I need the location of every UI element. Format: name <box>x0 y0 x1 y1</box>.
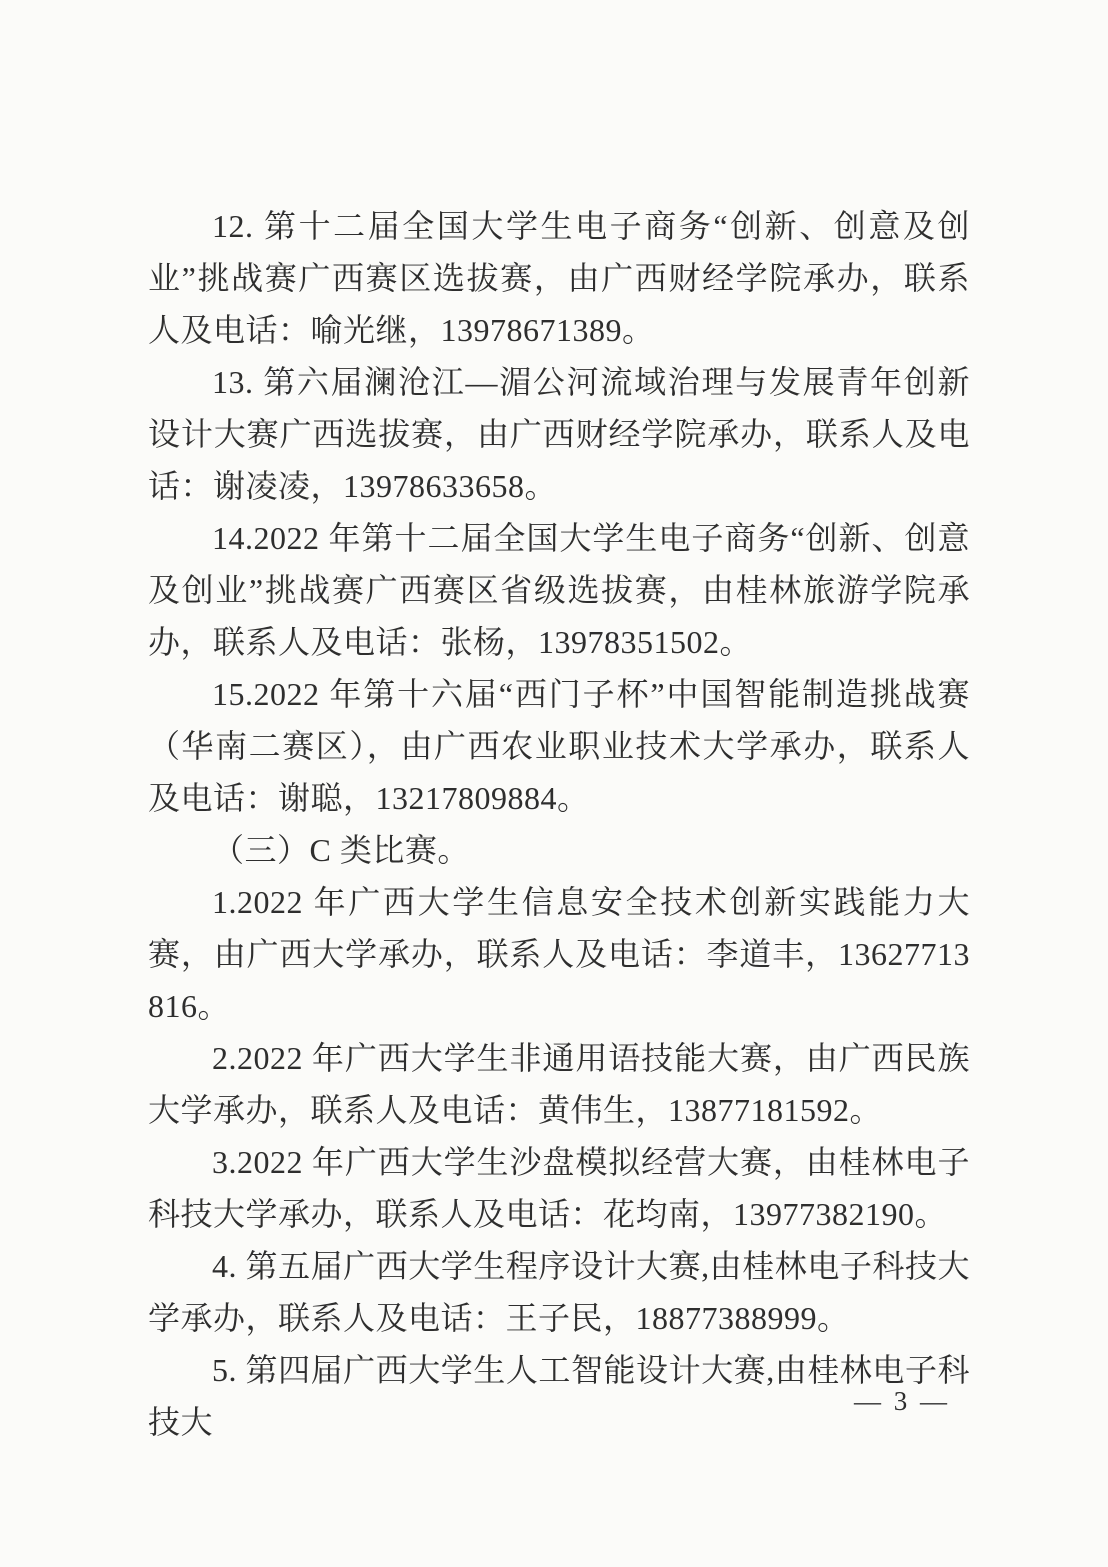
paragraph-competition-14: 14.2022 年第十二届全国大学生电子商务“创新、创意及创业”挑战赛广西赛区省… <box>148 512 970 668</box>
document-body: 12. 第十二届全国大学生电子商务“创新、创意及创业”挑战赛广西赛区选拔赛，由广… <box>148 200 970 1448</box>
page-footer: — 3 — <box>854 1386 950 1417</box>
paragraph-competition-c3: 3.2022 年广西大学生沙盘模拟经营大赛，由桂林电子科技大学承办，联系人及电话… <box>148 1136 970 1240</box>
paragraph-competition-c1: 1.2022 年广西大学生信息安全技术创新实践能力大赛，由广西大学承办，联系人及… <box>148 876 970 1032</box>
paragraph-competition-c5: 5. 第四届广西大学生人工智能设计大赛,由桂林电子科技大 <box>148 1344 970 1448</box>
paragraph-competition-13: 13. 第六届澜沧江—湄公河流域治理与发展青年创新设计大赛广西选拔赛，由广西财经… <box>148 356 970 512</box>
document-page: 12. 第十二届全国大学生电子商务“创新、创意及创业”挑战赛广西赛区选拔赛，由广… <box>0 0 1108 1567</box>
paragraph-competition-c2: 2.2022 年广西大学生非通用语技能大赛，由广西民族大学承办，联系人及电话：黄… <box>148 1032 970 1136</box>
paragraph-competition-c4: 4. 第五届广西大学生程序设计大赛,由桂林电子科技大学承办，联系人及电话：王子民… <box>148 1240 970 1344</box>
paragraph-competition-12: 12. 第十二届全国大学生电子商务“创新、创意及创业”挑战赛广西赛区选拔赛，由广… <box>148 200 970 356</box>
page-number: — 3 — <box>854 1386 950 1416</box>
section-heading-c-class: （三）C 类比赛。 <box>148 824 970 876</box>
paragraph-competition-15: 15.2022 年第十六届“西门子杯”中国智能制造挑战赛（华南二赛区），由广西农… <box>148 668 970 824</box>
